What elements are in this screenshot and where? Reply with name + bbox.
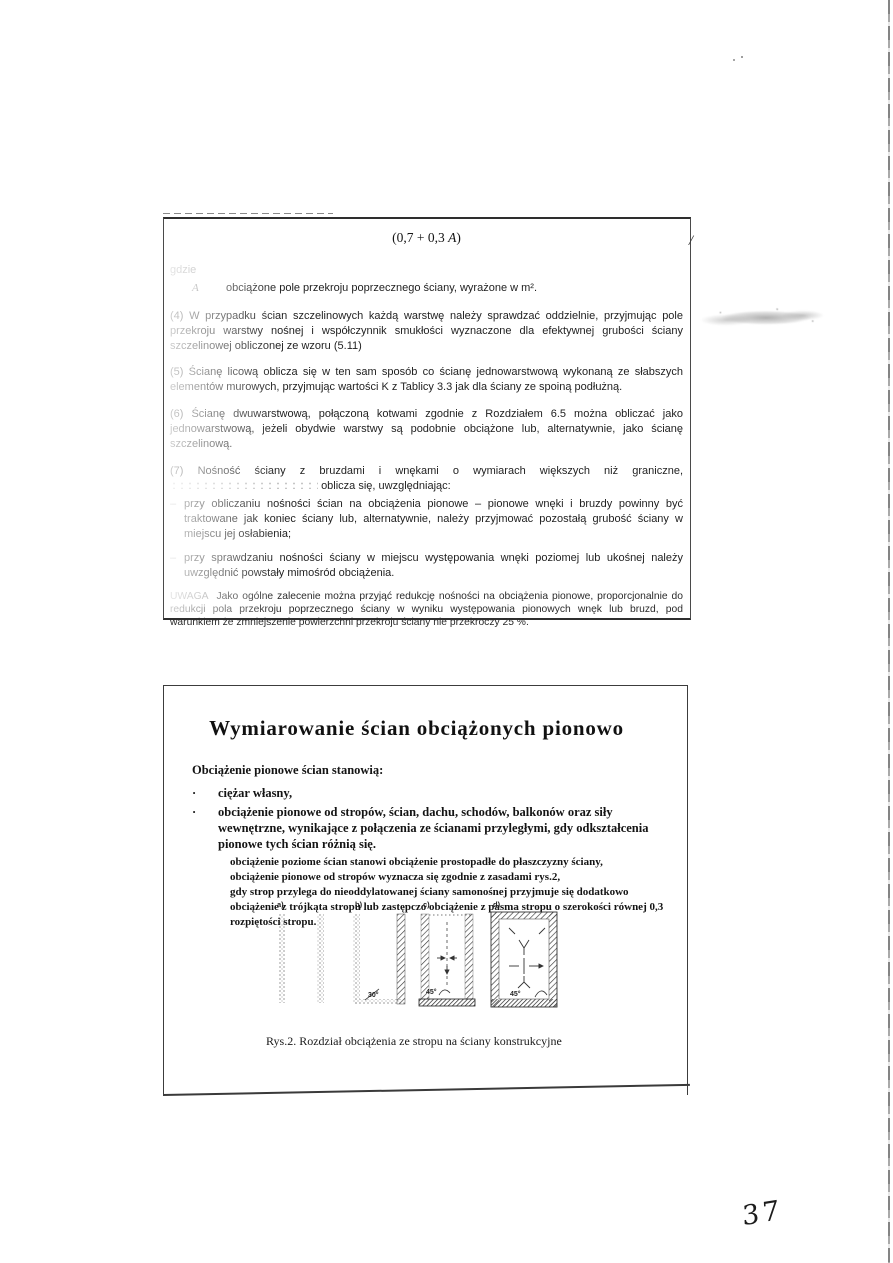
- paragraph-5: (5) Ścianę licową oblicza się w ten sam …: [170, 365, 683, 395]
- gdzie-label: gdzie: [170, 263, 683, 278]
- bullet-item-2: · obciążenie pionowe od stropów, ścian, …: [190, 804, 673, 852]
- panel-d-angle: 45°: [510, 990, 521, 998]
- panel-b-label: b): [355, 900, 363, 909]
- figure-panel-a: a): [277, 900, 324, 1003]
- paragraph-7: (7) Nośność ściany z bruzdami i wnękami …: [170, 464, 683, 494]
- paragraph-6: (6) Ścianę dwuwarstwową, połączoną kotwa…: [170, 407, 683, 452]
- figure-panel-d: d) 45°: [491, 900, 557, 1007]
- panel-d-label: d): [493, 900, 501, 909]
- panel-a-label: a): [277, 900, 284, 909]
- dash-item-1: – przy obliczaniu nośności ścian na obci…: [170, 497, 683, 542]
- dash-marker: –: [170, 551, 184, 581]
- symbol-definition: A obciążone pole przekroju poprzecznego …: [170, 281, 683, 296]
- formula: (0,7 + 0,3 A): [170, 229, 683, 247]
- dash-item-2: – przy sprawdzaniu nośności ściany w mie…: [170, 551, 683, 581]
- illegible-faded-text: [170, 481, 318, 489]
- slide-box: Wymiarowanie ścian obciążonych pionowo O…: [163, 685, 688, 1095]
- sub-item-1: obciążenie poziome ścian stanowi obciąże…: [230, 855, 673, 870]
- dash-marker: –: [170, 497, 184, 542]
- scan-specks: [731, 55, 745, 63]
- norm-excerpt-box: / (0,7 + 0,3 A) gdzie A obciążone pole p…: [163, 217, 691, 620]
- bullet-marker: ·: [190, 804, 218, 852]
- definition-text: obciążone pole przekroju poprzecznego śc…: [226, 281, 537, 296]
- note-label: UWAGA: [170, 591, 209, 602]
- slide-title: Wymiarowanie ścian obciążonych pionowo: [190, 716, 643, 741]
- dash-item-2-text: przy sprawdzaniu nośności ściany w miejs…: [184, 551, 683, 581]
- panel-c-label: c): [423, 900, 430, 909]
- formula-prefix: (0,7 + 0,3: [392, 230, 448, 245]
- figure-panel-b: b) 30°: [353, 900, 405, 1004]
- figure-rys2: a) b) 30° c) 45°: [267, 898, 567, 1020]
- slide-box-bottom-border: [163, 1084, 690, 1096]
- stray-slash-mark: /: [689, 231, 693, 251]
- formula-suffix: ): [456, 230, 461, 245]
- paragraph-4: (4) W przypadku ścian szczelinowych każd…: [170, 309, 683, 354]
- scan-edge-line: [888, 0, 890, 1263]
- ink-smudge: [692, 299, 834, 333]
- panel-c-angle: 45°: [426, 988, 437, 996]
- paragraph-7-text: (7) Nośność ściany z bruzdami i wnękami …: [170, 465, 683, 477]
- panel-b-angle: 30°: [368, 991, 379, 999]
- note-text: Jako ogólne zalecenie można przyjąć redu…: [170, 591, 683, 629]
- bullet-item-1: · ciężar własny,: [190, 785, 673, 801]
- slide-intro: Obciążenie pionowe ścian stanowią:: [192, 763, 673, 778]
- paragraph-7-tail: oblicza się, uwzględniając:: [321, 480, 451, 492]
- bullet-2-text: obciążenie pionowe od stropów, ścian, da…: [218, 804, 670, 852]
- figure-panel-c: c) 45°: [419, 900, 475, 1006]
- dash-item-1-text: przy obliczaniu nośności ścian na obciąż…: [184, 497, 683, 542]
- sub-item-2: obciążenie pionowe od stropów wyznacza s…: [230, 870, 673, 885]
- note-uwaga: UWAGAJako ogólne zalecenie można przyjąć…: [170, 590, 683, 630]
- bullet-1-text: ciężar własny,: [218, 785, 292, 801]
- bullet-marker: ·: [190, 785, 218, 801]
- scan-dash-artifact: [163, 213, 333, 214]
- figure-caption: Rys.2. Rozdział obciążenia ze stropu na …: [266, 1034, 562, 1049]
- handwritten-page-number: 37: [741, 1195, 782, 1232]
- definition-symbol: A: [192, 281, 226, 296]
